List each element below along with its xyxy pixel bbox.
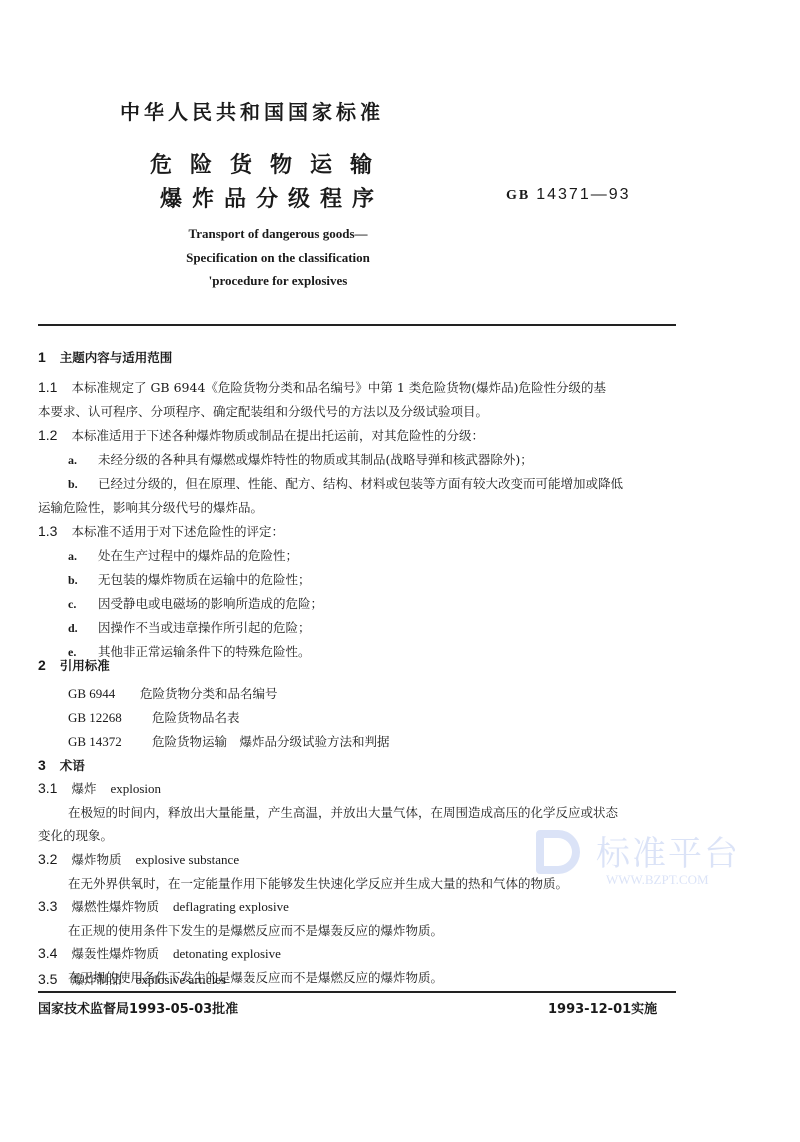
effective-date: 1993-12-01实施 xyxy=(548,998,657,1017)
term-3-1: 3.1爆炸explosion xyxy=(38,779,161,797)
clause-1-1-cont: 本要求、认可程序、分项程序、确定配装组和分级代号的方法以及分级试验项目。 xyxy=(38,402,488,420)
list-item: a.处在生产过程中的爆炸品的危险性； xyxy=(68,546,298,564)
watermark-text: 标准平台 xyxy=(596,826,740,875)
reference-item: GB 6944危险货物分类和品名编号 xyxy=(68,684,278,702)
list-item: b.无包装的爆炸物质在运输中的危险性； xyxy=(68,570,311,588)
clause-number: 1.2 xyxy=(38,427,57,443)
english-title-line1: Transport of dangerous goods— xyxy=(158,226,398,242)
clause-text: 本标准适用于下述各种爆炸物质或制品在提出托运前，对其危险性的分级： xyxy=(71,428,484,443)
section-number: 1 xyxy=(38,349,46,365)
section-2-heading: 2引用标准 xyxy=(38,656,110,674)
list-item: b.已经过分级的，但在原理、性能、配方、结构、材料或包装等方面有较大改变而可能增… xyxy=(68,474,623,492)
list-item: a.未经分级的各种具有爆燃或爆炸特性的物质或其制品(战略导弹和核武器除外)； xyxy=(68,450,533,468)
section-3-heading: 3术语 xyxy=(38,756,85,774)
section-title: 主题内容与适用范围 xyxy=(60,350,173,365)
clause-number: 1.1 xyxy=(38,379,57,395)
watermark-url: WWW.BZPT.COM xyxy=(606,872,709,888)
english-title-line2: Specification on the classification xyxy=(158,250,398,266)
clause-text: 本标准规定了 GB 6944《危险货物分类和品名编号》中第 1 类危险货物(爆炸… xyxy=(71,380,606,395)
doc-title-line2: 爆炸品分级程序 xyxy=(160,182,384,213)
clause-1-3: 1.3本标准不适用于对下述危险性的评定： xyxy=(38,522,284,540)
term-definition: 在极短的时间内，释放出大量能量，产生高温，并放出大量气体，在周围造成高压的化学反… xyxy=(68,803,618,821)
reference-item: GB 14372危险货物运输 爆炸品分级试验方法和判据 xyxy=(68,732,390,750)
section-1-heading: 1主题内容与适用范围 xyxy=(38,348,172,366)
english-title-line3: 'procedure for explosives xyxy=(158,273,398,289)
clause-1-2: 1.2本标准适用于下述各种爆炸物质或制品在提出托运前，对其危险性的分级： xyxy=(38,426,484,444)
approval-date: 国家技术监督局1993-05-03批准 xyxy=(38,998,238,1017)
term-definition: 在正规的使用条件下发生的是爆燃反应而不是爆轰反应的爆炸物质。 xyxy=(68,921,443,939)
footer-divider xyxy=(38,991,676,993)
standard-number: GB14371—93 xyxy=(506,186,631,204)
term-3-4: 3.4爆轰性爆炸物质detonating explosive xyxy=(38,944,281,962)
list-item-cont: 运输危险性，影响其分级代号的爆炸品。 xyxy=(38,498,263,516)
clause-number: 1.3 xyxy=(38,523,57,539)
bzpt-logo-icon xyxy=(536,830,580,874)
list-item: d.因操作不当或违章操作所引起的危险； xyxy=(68,618,311,636)
term-definition-cont: 变化的现象。 xyxy=(38,826,113,844)
term-3-5: 3.5爆炸制品explosive articles xyxy=(38,970,226,988)
gb-prefix: GB xyxy=(506,188,530,203)
list-item: c.因受静电或电磁场的影响所造成的危险； xyxy=(68,594,323,612)
header-divider xyxy=(38,324,676,326)
clause-1-1: 1.1本标准规定了 GB 6944《危险货物分类和品名编号》中第 1 类危险货物… xyxy=(38,378,606,396)
term-definition: 在无外界供氧时，在一定能量作用下能够发生快速化学反应并生成大量的热和气体的物质。 xyxy=(68,874,568,892)
standard-org-title: 中华人民共和国国家标准 xyxy=(120,96,384,125)
term-3-3: 3.3爆燃性爆炸物质deflagrating explosive xyxy=(38,897,289,915)
reference-item: GB 12268危险货物品名表 xyxy=(68,708,240,726)
gb-number: 14371—93 xyxy=(536,186,630,203)
doc-title-line1: 危险货物运输 xyxy=(150,148,390,179)
term-3-2: 3.2爆炸物质explosive substance xyxy=(38,850,239,868)
clause-text: 本标准不适用于对下述危险性的评定： xyxy=(71,524,284,539)
